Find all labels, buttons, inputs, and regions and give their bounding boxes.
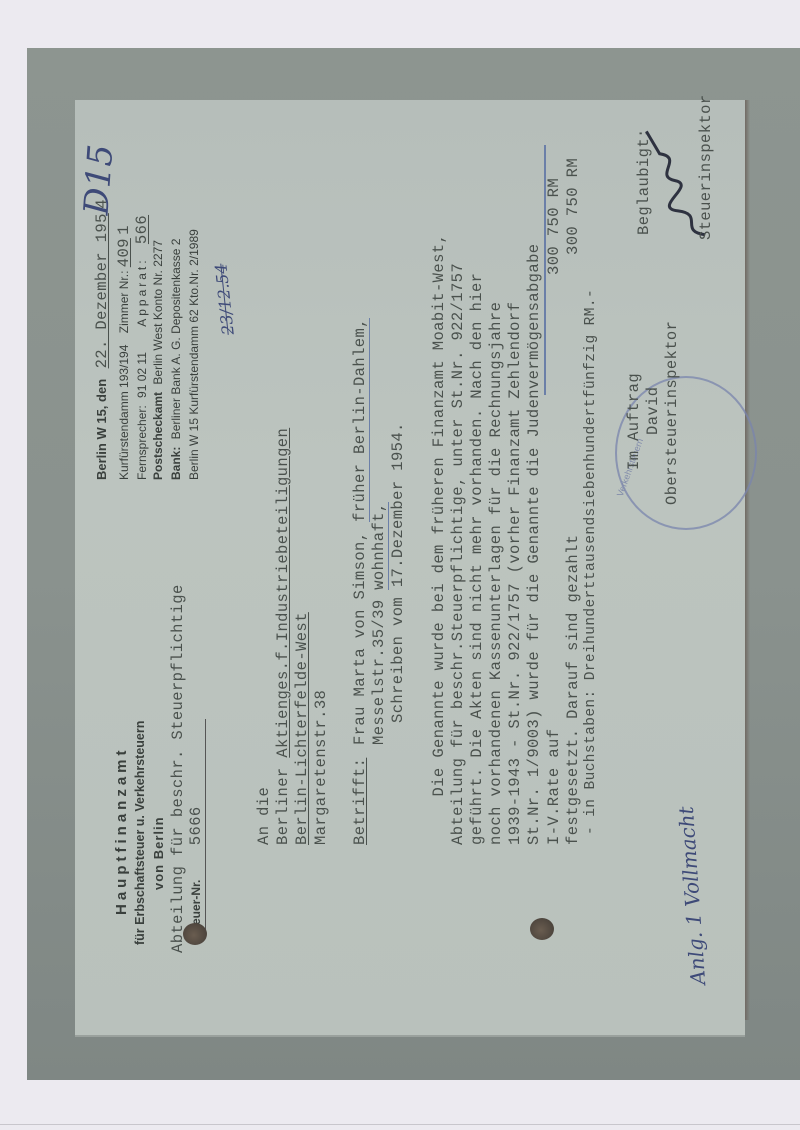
- extension-label: Apparat:: [135, 257, 149, 326]
- body-line-3: geführt. Die Akten sind nicht mehr vorha…: [468, 273, 486, 845]
- handwritten-enclosure-note: Anlg. 1 Vollmacht: [674, 806, 710, 986]
- subject-line1-formerly: früher: [351, 464, 370, 522]
- body-line-6: St.Nr. 1/9003) wurde für die Genannte di…: [525, 244, 543, 846]
- date-value: 22. Dezember 195: [93, 213, 111, 368]
- subject-line2: Messelstr.35/39 wohnhaft,: [370, 502, 388, 745]
- body-line-1: Die Genannte wurde bei dem früheren Fina…: [430, 234, 448, 845]
- postal-check-label: Postscheckamt: [151, 392, 165, 480]
- bank-line: Bank: Berliner Bank A. G. Depositenkasse…: [169, 239, 183, 480]
- letter-sheet: Hauptfinanzamt für Erbschaftsteuer u. Ve…: [75, 100, 745, 1035]
- recipient-company: Aktienges.f.Industriebeteiligungen: [274, 428, 292, 758]
- office-subtitle: für Erbschaftsteuer u. Verkehrsteuern: [133, 721, 147, 945]
- punch-hole-bottom: [530, 918, 554, 940]
- rate-line: I-V.Rate auf: [545, 729, 563, 845]
- subject-line1: Frau Marta von Simson, früher Berlin-Dah…: [351, 318, 369, 745]
- paid-amount: 300 750 RM: [564, 158, 582, 255]
- recipient-line3: Margaretenstr.38: [312, 690, 330, 845]
- subject-line3: Schreiben vom 17.Dezember 1954.: [389, 422, 407, 723]
- fixed-line: festgesetzt. Darauf sind gezahlt: [564, 535, 582, 845]
- recipient-salutation: An die: [255, 787, 273, 845]
- document-page-wrapper: Hauptfinanzamt für Erbschaftsteuer u. Ve…: [75, 100, 745, 1035]
- phone-value: 91 02 11: [135, 352, 149, 398]
- tax-number-value: 5666: [187, 806, 205, 845]
- body-line-4: noch vorhandenen Kassenunterlagen für di…: [487, 302, 505, 845]
- bank-label: Bank:: [169, 447, 183, 480]
- phone-line: Fernsprecher: 91 02 11 Apparat: 566: [133, 215, 151, 480]
- place-date-label: Berlin W 15, den: [94, 379, 109, 480]
- room-suffix: 1: [115, 225, 133, 235]
- handwritten-reference: D15: [77, 143, 122, 216]
- page-bottom-rule: [0, 1124, 800, 1125]
- date-line: Berlin W 15, den 22. Dezember 195 4: [93, 199, 111, 480]
- recipient-line1-prefix: Berliner: [274, 758, 292, 845]
- amount-in-words: - in Buchstaben: Dreihunderttausendsiebe…: [583, 289, 599, 835]
- tax-number-field: Steuer-Nr. 5666: [187, 719, 206, 937]
- room-value: 409: [115, 238, 133, 267]
- bank-value: Berliner Bank A. G. Depositenkasse 2: [169, 239, 183, 440]
- phone-label: Fernsprecher:: [135, 405, 149, 480]
- body-line-5: 1939-1943 - St.Nr. 922/1757 (vorher Fina…: [506, 302, 524, 845]
- recipient-line2: Berlin-Lichterfelde-West: [293, 612, 311, 845]
- bank-address-line: Berlin W 15 Kurfürstendamm 62 Kto.Nr. 2/…: [187, 229, 201, 480]
- handwritten-initial-mark: 23/12.54: [211, 263, 237, 336]
- signatory-name: David: [644, 386, 662, 435]
- extension-value: 566: [133, 215, 151, 244]
- postal-check-value: Berlin West Konto Nr. 2277: [151, 240, 165, 385]
- subject-line2-street: Messelstr.35/39: [370, 590, 388, 745]
- address-room-line: Kurfürstendamm 193/194 Zimmer Nr.: 409 1: [115, 225, 133, 480]
- room-label: Zimmer Nr.:: [117, 271, 131, 334]
- office-title: Hauptfinanzamt: [113, 747, 130, 916]
- postal-check-line: Postscheckamt Berlin West Konto Nr. 2277: [151, 240, 165, 480]
- subject-line1-place: Berlin-Dahlem,: [351, 318, 370, 464]
- department-line: Abteilung für beschr. Steuerpflichtige: [169, 584, 187, 953]
- recipient-line1: Berliner Aktienges.f.Industriebeteiligun…: [274, 428, 292, 845]
- assessed-amount: 300 750 RM: [545, 178, 563, 275]
- subject-line1-name: Frau Marta von Simson,: [351, 522, 369, 745]
- office-city: von Berlin: [151, 816, 166, 890]
- body-line-2: Abteilung für beschr.Steuerpflichtige, u…: [449, 263, 467, 845]
- signatory-title: Obersteuerinspektor: [663, 321, 681, 505]
- by-order-label: Im Auftrag: [625, 373, 643, 470]
- subject-label: Betrifft:: [351, 758, 369, 845]
- address-line: Kurfürstendamm 193/194: [117, 345, 131, 480]
- certifier-title: Steuerinspektor: [697, 94, 715, 240]
- subject-line2-resident: wohnhaft,: [370, 502, 389, 589]
- punch-hole-top: [183, 923, 207, 945]
